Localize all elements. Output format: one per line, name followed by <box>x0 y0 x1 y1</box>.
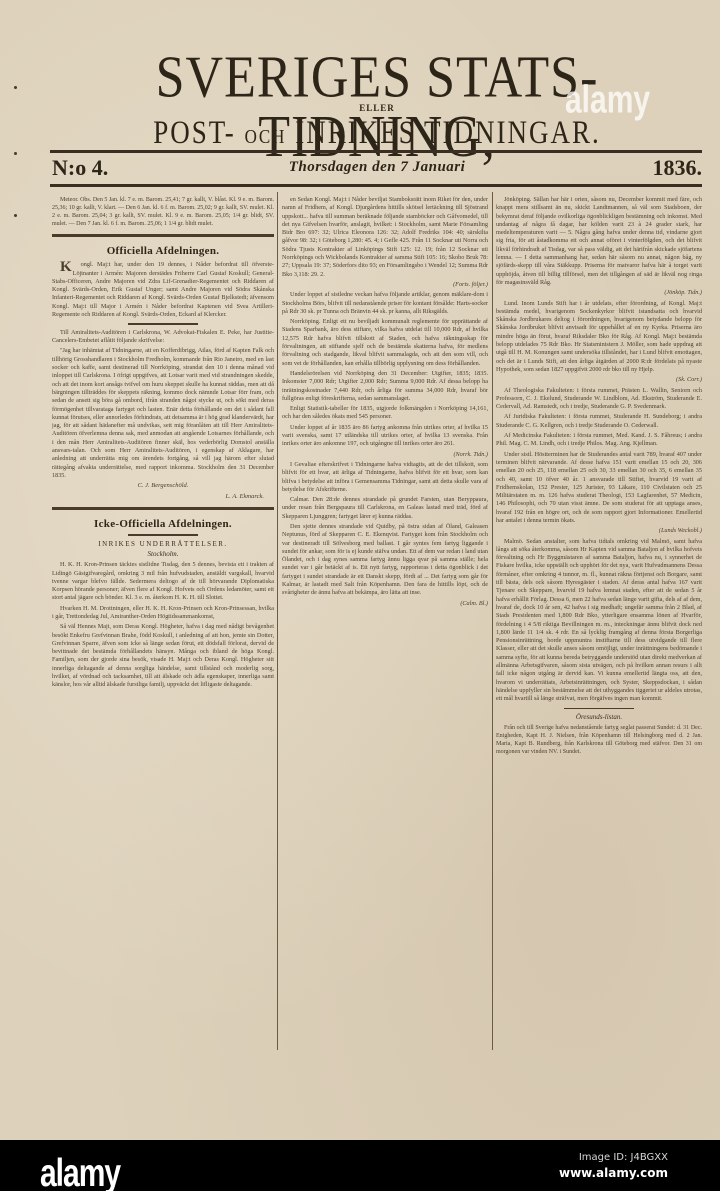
column-2: en Sedan Kongl. Maj:t i Nåder beviljat S… <box>282 196 488 1042</box>
article-paragraph: Så väl Hennes Majt, som Deras Kongl. Hög… <box>52 623 274 689</box>
watermark-logo: alamy <box>565 79 650 123</box>
issue-date: Thorsdagen den 7 Januari <box>52 159 702 176</box>
subtitle-pre: POST- <box>153 114 236 150</box>
signature: C. J. Bergenschöld. <box>52 482 274 490</box>
dateline: N:o 4. Thorsdagen den 7 Januari 1836. <box>52 155 702 181</box>
oresund-list: Från och till Sverige hafva nedanstående… <box>496 724 702 756</box>
article-paragraph: "Jag har inhämtat af Tidningarne, att en… <box>52 347 274 480</box>
article-paragraph: Den sjette dennes strandade vid Quidby, … <box>282 523 488 598</box>
margin-dot <box>14 86 17 89</box>
short-rule <box>128 323 198 325</box>
article-paragraph: H. K. H. Kron-Prinsen täcktes sistlidne … <box>52 561 274 602</box>
article-paragraph: Handelsrörelsen vid Norrköping den 31 De… <box>282 370 488 403</box>
citation: (Calm. Bl.) <box>282 600 488 608</box>
article-paragraph: Norrköping. Enligt ett nu beviljadt komm… <box>282 318 488 368</box>
signature: L. A. Ekmarck. <box>62 493 264 501</box>
issue-year: 1836. <box>653 155 703 181</box>
inrikes-heading: INRIKES UNDERRÄTTELSER. <box>52 540 274 548</box>
image-id: Image ID: J4BGXX <box>579 1152 668 1163</box>
unofficial-section-heading: Icke-Officiella Afdelningen. <box>52 520 274 528</box>
article-paragraph: en Sedan Kongl. Maj:t i Nåder beviljat S… <box>282 196 488 279</box>
short-rule <box>564 708 634 710</box>
article-paragraph: Af Theologiska Fakulteten: i första rumm… <box>496 387 702 412</box>
article-paragraph: Under loppet af år 1835 äro 86 fartyg an… <box>282 424 488 449</box>
citation: (Norrk. Tidn.) <box>282 451 488 459</box>
article-paragraph: I Gevaliae efterskrifvet i Tidningarne h… <box>282 461 488 494</box>
masthead-rule-top <box>50 150 702 153</box>
citation: (Jönköp. Tidn.) <box>496 289 702 297</box>
citation: (Forts. följer.) <box>282 281 488 289</box>
column-separator <box>277 192 278 1050</box>
article-paragraph: Lund. Inom Lunds Stift har i år utdelats… <box>496 300 702 375</box>
section-rule <box>52 234 274 237</box>
citation: (Sk. Corr.) <box>496 376 702 384</box>
watermark-footer: alamy Image ID: J4BGXX www.alamy.com <box>0 1140 720 1191</box>
oresund-heading: Öresunds-listan. <box>496 713 702 721</box>
article-paragraph: Af Medicinska Fakulteten: i första rumme… <box>496 432 702 449</box>
citation: (Lunds Weckobl.) <box>496 527 702 535</box>
article-paragraph: Under sistl. Höstterminen har de Studera… <box>496 451 702 526</box>
masthead-rule-bottom <box>50 184 702 187</box>
newspaper-page: SVERIGES STATS-TIDNING, ELLER POST- OCH … <box>0 0 720 1140</box>
article-paragraph: Jönköping. Sällan har här i orten, såsom… <box>496 196 702 287</box>
column-3: Jönköping. Sällan har här i orten, såsom… <box>496 196 702 1042</box>
subtitle-och: OCH <box>245 125 287 148</box>
article-paragraph: Af Juridiska Fakulteten: i första rummet… <box>496 413 702 430</box>
article-paragraph: Kongl. Maj:t har, under den 19 dennes, i… <box>52 261 274 319</box>
subtitle-post: INRIKES TIDNINGAR. <box>295 114 601 150</box>
official-section-heading: Officiella Afdelningen. <box>52 247 274 255</box>
short-rule <box>128 534 198 536</box>
article-paragraph: Enligt Statistik-tabeller för 1835, utgj… <box>282 405 488 422</box>
article-paragraph: Calmar. Den 28:de dennes strandade på gr… <box>282 496 488 521</box>
section-rule <box>52 507 274 510</box>
article-paragraph: Till Amiralitets-Auditören i Carlskrona,… <box>52 329 274 346</box>
watermark-url: www.alamy.com <box>559 1166 668 1180</box>
column-1: Meteor. Obs. Den 5 Jan. kl. 7 e. m. Baro… <box>52 196 274 1042</box>
margin-dot <box>14 152 17 155</box>
alamy-logo: alamy <box>40 1152 120 1191</box>
weather-report: Meteor. Obs. Den 5 Jan. kl. 7 e. m. Baro… <box>52 196 274 228</box>
column-separator <box>492 192 493 1050</box>
margin-dot <box>14 214 17 217</box>
article-paragraph: Malmö. Sedan anstalter, som hafva tidtal… <box>496 538 702 704</box>
article-paragraph: Hvarken H. M. Drottningen, eller H. K. H… <box>52 605 274 622</box>
article-paragraph: Under loppet af sistledne veckan hafva f… <box>282 291 488 316</box>
dateline-stockholm: Stockholm. <box>52 550 274 558</box>
